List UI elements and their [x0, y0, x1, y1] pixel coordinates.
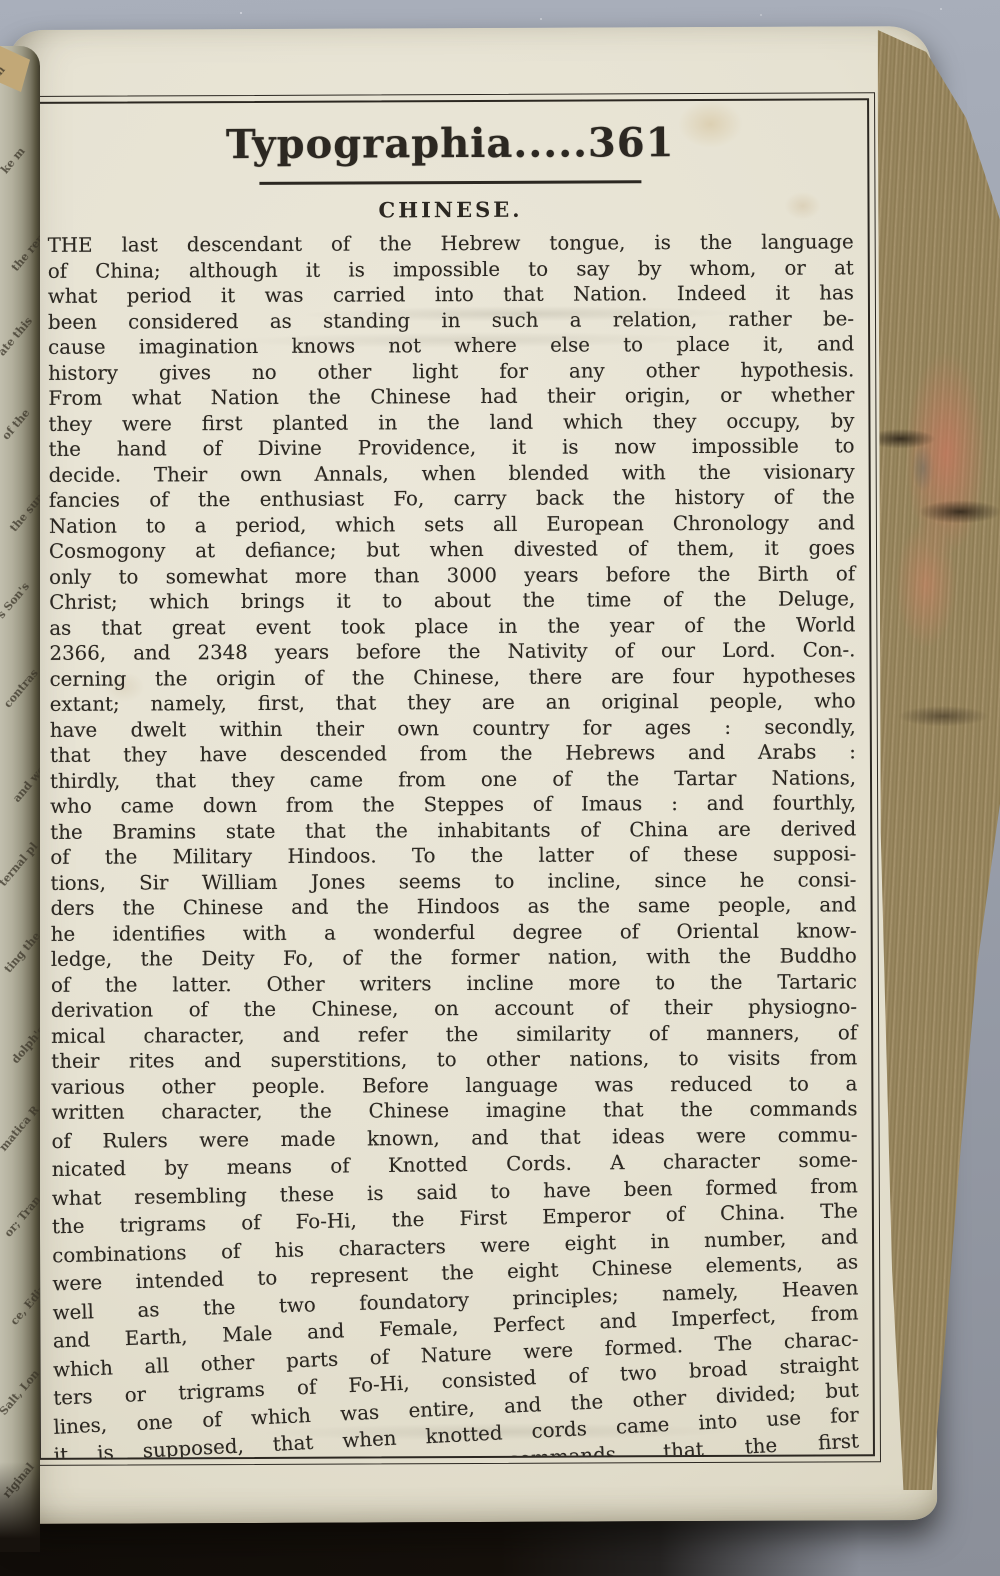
- body-line: ders the Chinese and the Hindoos as the …: [51, 892, 857, 921]
- opposite-page-sliver: thke mthe remaate thisof thethe suns Son…: [0, 46, 40, 1552]
- edge-text-fragment: the sun: [7, 491, 40, 535]
- edge-text-fragment: ternal pl: [0, 840, 40, 889]
- body-line: only to somewhat more than 3000 years be…: [49, 561, 855, 590]
- body-line: Cosmogony at defiance; but when divested…: [49, 535, 855, 564]
- edge-text-fragment: ting the: [2, 930, 40, 976]
- body-line: various other people. Before language wa…: [51, 1071, 857, 1100]
- edge-text-fragment: matica R: [0, 1103, 40, 1153]
- page-content: Typographia.....361 CHINESE. THE last de…: [35, 100, 873, 1458]
- edge-text-fragment: dolph's L: [9, 1015, 40, 1066]
- body-line: cause imagination knows not where else t…: [48, 331, 854, 360]
- body-line: as that great event took place in the ye…: [49, 612, 855, 641]
- edge-text-fragment: th: [0, 63, 8, 81]
- body-line: extant; namely, first, that they are an …: [50, 688, 856, 717]
- body-line: THE last descendant of the Hebrew tongue…: [48, 229, 854, 258]
- body-line: mical character, and refer the similarit…: [51, 1020, 857, 1049]
- body-line: history gives no other light for any oth…: [48, 357, 854, 386]
- body-line: From what Nation the Chinese had their o…: [48, 382, 854, 411]
- edge-text-fragment: contras: [1, 667, 40, 711]
- edge-text-fragment: ate this: [0, 315, 35, 359]
- edge-text-fragment: and works: [10, 748, 40, 805]
- body-line: have dwelt within their own country for …: [50, 714, 856, 743]
- body-line: thirdly, that they came from one of the …: [50, 765, 856, 794]
- book-page: Typographia.....361 CHINESE. THE last de…: [11, 26, 938, 1524]
- edge-text-fragment: ke m: [0, 145, 28, 176]
- body-line: tions, Sir William Jones seems to inclin…: [50, 867, 856, 896]
- body-line: he identifies with a wonderful degree of…: [51, 918, 857, 947]
- body-line: written character, the Chinese imagine t…: [51, 1096, 857, 1125]
- page-border-frame: Typographia.....361 CHINESE. THE last de…: [27, 92, 881, 1466]
- edge-text-fragment: s Son's: [0, 580, 32, 621]
- body-text-block: THE last descendant of the Hebrew tongue…: [48, 229, 859, 1457]
- edge-text-fragment: or; Tran: [2, 1193, 40, 1239]
- body-line: what period it was carried into that Nat…: [48, 280, 854, 309]
- body-line: derivation of the Chinese, on account of…: [51, 994, 857, 1023]
- body-line: fancies of the enthusiast Fo, carry back…: [49, 484, 855, 513]
- body-line: of the latter. Other writers incline mor…: [51, 969, 857, 998]
- body-line: the hand of Divine Providence, it is now…: [49, 433, 855, 462]
- edge-text-fragment: the rema: [9, 223, 40, 274]
- header-rule: [259, 180, 641, 185]
- body-line: Nation to a period, which sets all Europ…: [49, 510, 855, 539]
- page-title: Typographia.....361: [47, 118, 853, 169]
- edge-text-fragment: Salt, Lon: [0, 1367, 40, 1418]
- section-heading: CHINESE.: [47, 195, 853, 224]
- body-line: who came down from the Steppes of Imaus …: [50, 790, 856, 819]
- edge-text-fragment: riginal: [0, 1461, 36, 1501]
- body-line: Christ; which brings it to about the tim…: [49, 586, 855, 615]
- body-line: they were first planted in the land whic…: [48, 408, 854, 437]
- body-line: of the Military Hindoos. To the latter o…: [50, 841, 856, 870]
- body-line: 2366, and 2348 years before the Nativity…: [49, 637, 855, 666]
- dust-specks: [240, 12, 242, 14]
- edge-text-fragment: of the: [0, 407, 33, 443]
- body-line: ledge, the Deity Fo, of the former natio…: [51, 943, 857, 972]
- body-line: that they have descended from the Hebrew…: [50, 739, 856, 768]
- photo-background: Typographia.....361 CHINESE. THE last de…: [0, 0, 1000, 1576]
- body-line: cerning the origin of the Chinese, there…: [50, 663, 856, 692]
- body-line: their rites and superstitions, to other …: [51, 1045, 857, 1074]
- body-line: been considered as standing in such a re…: [48, 306, 854, 335]
- body-line: of China; although it is impossible to s…: [48, 255, 854, 284]
- body-line: decide. Their own Annals, when blended w…: [49, 459, 855, 488]
- edge-text-fragment: ce, Edin: [8, 1281, 40, 1327]
- body-line: the Bramins state that the inhabitants o…: [50, 816, 856, 845]
